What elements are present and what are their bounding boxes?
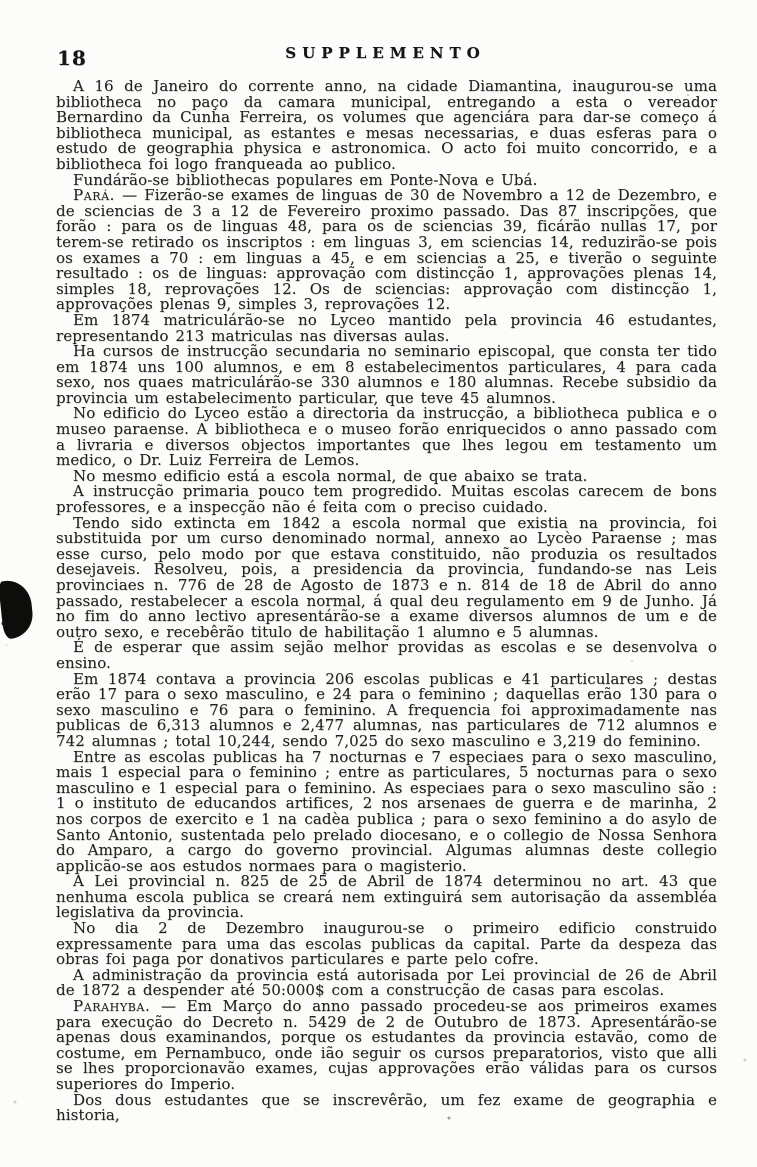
paragraph-text: Em 1874 contava a provincia 206 escolas …: [56, 670, 717, 750]
paragraph-text: Tendo sido extincta em 1842 a escola nor…: [56, 514, 717, 641]
paragraph: No dia 2 de Dezembro inaugurou-se o prim…: [56, 921, 717, 968]
paragraph: A administração da provincia está autori…: [56, 968, 717, 999]
page-body: A 16 de Janeiro do corrente anno, na cid…: [56, 79, 717, 1124]
ink-blot-artifact: [0, 579, 35, 640]
paragraph-text: No dia 2 de Dezembro inaugurou-se o prim…: [56, 919, 717, 968]
paragraph: Parahyba. — Em Março do anno passado pro…: [56, 999, 717, 1093]
paragraph-text: Em 1874 matriculárão-se no Lyceo mantido…: [56, 311, 717, 345]
page-title: SUPPLEMENTO: [56, 44, 715, 62]
paragraph-text: A Lei provincial n. 825 de 25 de Abril d…: [56, 872, 717, 921]
paragraph: Dos dous estudantes que se inscrevêrão, …: [56, 1093, 717, 1124]
paragraph-text: É de esperar que assim sejão melhor prov…: [56, 638, 717, 672]
paragraph-text: — Em Março do anno passado procedeu-se a…: [56, 997, 717, 1093]
paragraph-text: A administração da provincia está autori…: [56, 966, 717, 1000]
paragraph: Em 1874 matriculárão-se no Lyceo mantido…: [56, 313, 717, 344]
paragraph-text: Entre as escolas publicas ha 7 nocturnas…: [56, 748, 717, 875]
paragraph: Tendo sido extincta em 1842 a escola nor…: [56, 516, 717, 641]
paragraph: No edificio do Lyceo estão a directoria …: [56, 406, 717, 468]
paragraph-text: A instrucção primaria pouco tem progredi…: [56, 482, 717, 516]
paragraph: A instrucção primaria pouco tem progredi…: [56, 484, 717, 515]
paragraph-text: No edificio do Lyceo estão a directoria …: [56, 404, 717, 469]
paragraph-text: — Fizerão-se exames de linguas de 30 de …: [56, 186, 717, 313]
paragraph-text: A 16 de Janeiro do corrente anno, na cid…: [56, 77, 717, 173]
page-header: 18 SUPPLEMENTO: [56, 44, 715, 72]
paragraph: Pará. — Fizerão-se exames de linguas de …: [56, 188, 717, 313]
scan-noise-specks: [0, 0, 2, 2]
paragraph: Entre as escolas publicas ha 7 nocturnas…: [56, 750, 717, 875]
paragraph: Em 1874 contava a provincia 206 escolas …: [56, 672, 717, 750]
document-page: 18 SUPPLEMENTO A 16 de Janeiro do corren…: [0, 0, 757, 1167]
paragraph: Ha cursos de instrucção secundaria no se…: [56, 344, 717, 406]
paragraph: É de esperar que assim sejão melhor prov…: [56, 640, 717, 671]
paragraph-text: Dos dous estudantes que se inscrevêrão, …: [56, 1091, 717, 1125]
paragraph: A Lei provincial n. 825 de 25 de Abril d…: [56, 874, 717, 921]
paragraph: A 16 de Janeiro do corrente anno, na cid…: [56, 79, 717, 173]
paragraph-text: Ha cursos de instrucção secundaria no se…: [56, 342, 717, 407]
